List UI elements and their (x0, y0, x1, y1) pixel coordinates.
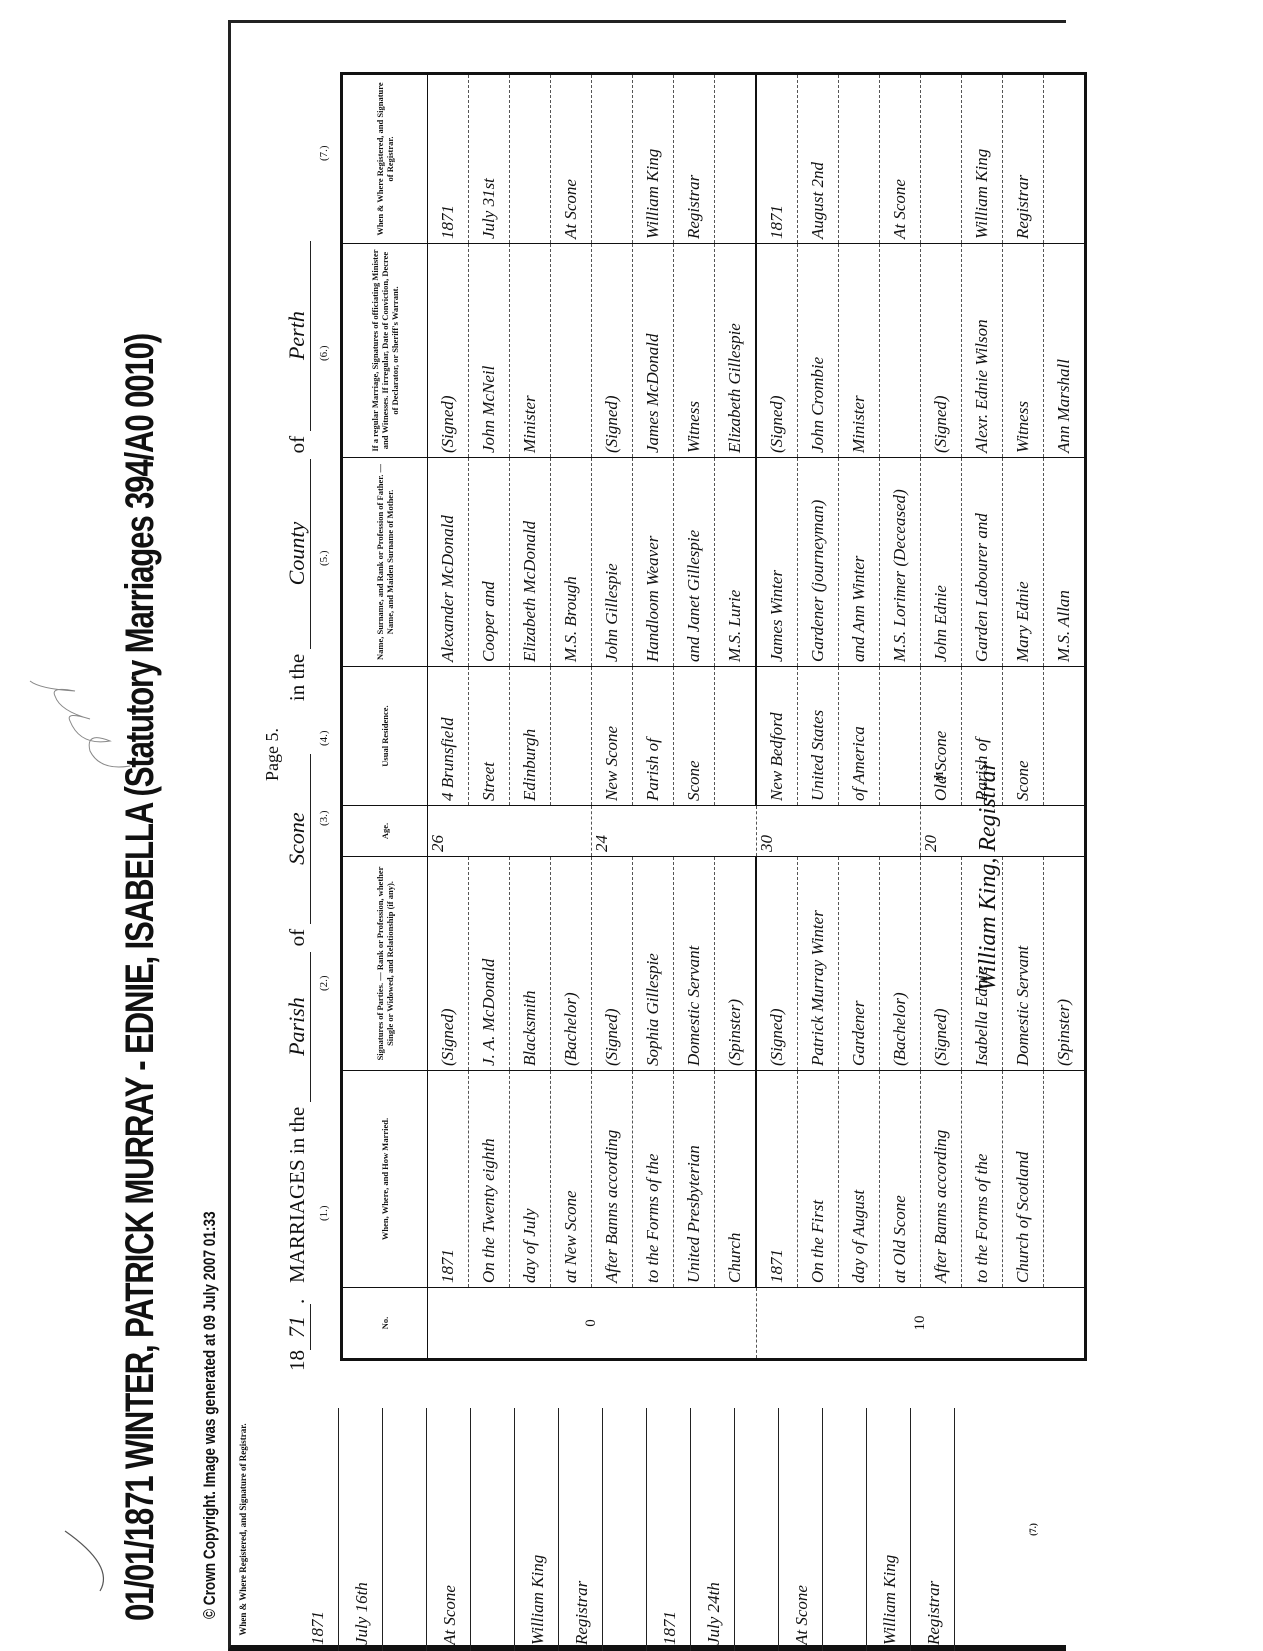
parents-line: M.S. Allan (1044, 458, 1086, 667)
strip-line: July 24th (704, 1582, 724, 1645)
officiant-line: (Signed) (756, 244, 798, 458)
register-heading: 1871. MARRIAGES in the Parish of Scone i… (284, 241, 311, 1371)
residence-line: Scone (674, 667, 715, 806)
when-where-how-line: Church (715, 1071, 757, 1288)
parents-line: and Ann Winter (839, 458, 880, 667)
officiant-line: (Signed) (921, 244, 962, 458)
strip-rule (646, 1408, 647, 1651)
when-where-how-line: Church of Scotland (1003, 1071, 1044, 1288)
party-signature-line: Patrick Murray Winter (798, 857, 839, 1071)
strip-rule (602, 1408, 603, 1651)
residence-line: Parish of (633, 667, 674, 806)
parents-line: Cooper and (469, 458, 510, 667)
registered-line: July 31st (469, 74, 510, 244)
residence-line: Edinburgh (510, 667, 551, 806)
strip-line: 1871 (660, 1611, 680, 1645)
header-signatures: Signatures of Parties. — Rank or Profess… (342, 857, 428, 1071)
registered-line (1044, 74, 1086, 244)
when-where-how-line: On the First (798, 1071, 839, 1288)
parents-line: Elizabeth McDonald (510, 458, 551, 667)
table-row: at New Scone(Bachelor)M.S. BroughAt Scon… (551, 74, 592, 1360)
marriage-register-table: No. When, Where, and How Married. Signat… (340, 72, 1087, 1361)
when-where-how-line: 1871 (756, 1071, 798, 1288)
parents-line: John Gillespie (592, 458, 633, 667)
header-no: No. (342, 1288, 428, 1360)
strip-rule (866, 1408, 867, 1651)
header-residence: Usual Residence. (342, 667, 428, 806)
party-age: 30 (756, 806, 921, 857)
officiant-line: Ann Marshall (1044, 244, 1086, 458)
record-title: 01/01/1871 WINTER, PATRICK MURRAY - EDNI… (118, 334, 163, 1621)
registered-line (715, 74, 757, 244)
when-where-how-line: On the Twenty eighth (469, 1071, 510, 1288)
officiant-line: John Crombie (798, 244, 839, 458)
registered-line: William King (633, 74, 674, 244)
residence-line: Scone (1003, 667, 1044, 806)
officiant-line: Witness (674, 244, 715, 458)
table-row: to the Forms of theIsabella EdnieParish … (962, 74, 1003, 1360)
when-where-how-line: day of August (839, 1071, 880, 1288)
party-signature-line: Sophia Gillespie (633, 857, 674, 1071)
residence-line: 4 Brunsfield (428, 667, 469, 806)
party-age: 24 (592, 806, 757, 857)
strip-rule (734, 1408, 735, 1651)
parish-name: Scone (284, 754, 311, 924)
table-row: On the FirstPatrick Murray WinterUnited … (798, 74, 839, 1360)
residence-line: Street (469, 667, 510, 806)
parents-line: Alexander McDonald (428, 458, 469, 667)
table-row: After Banns according(Signed)20Old Scone… (921, 74, 962, 1360)
header-officiants: If a regular Marriage, Signatures of off… (342, 244, 428, 458)
officiant-line: (Signed) (592, 244, 633, 458)
parents-line: James Winter (756, 458, 798, 667)
entry-number: 10 (756, 1288, 1086, 1360)
residence-line (551, 667, 592, 806)
residence-line: Old Scone (921, 667, 962, 806)
registered-line: Registrar (674, 74, 715, 244)
table-row: 101871(Signed)30New BedfordJames Winter(… (756, 74, 798, 1360)
when-where-how-line (1044, 1071, 1086, 1288)
header-row: No. When, Where, and How Married. Signat… (342, 74, 428, 1360)
year-value: 71 (284, 1304, 311, 1350)
parents-line: M.S. Lorimer (Deceased) (880, 458, 921, 667)
when-where-how-line: After Banns according (921, 1071, 962, 1288)
strip-line: William King (880, 1555, 900, 1645)
table-row: Church(Spinster)M.S. LurieElizabeth Gill… (715, 74, 757, 1360)
when-where-how-line: day of July (510, 1071, 551, 1288)
parents-line: Gardener (journeyman) (798, 458, 839, 667)
parents-line: M.S. Brough (551, 458, 592, 667)
when-where-how-line: 1871 (428, 1071, 469, 1288)
entry-number: 0 (428, 1288, 757, 1360)
footer-mark: M (935, 772, 946, 781)
strip-rule (514, 1408, 515, 1651)
registered-line (839, 74, 880, 244)
party-signature-line: (Bachelor) (551, 857, 592, 1071)
party-signature-line: Gardener (839, 857, 880, 1071)
table-row: After Banns according(Signed)24New Scone… (592, 74, 633, 1360)
residence-line: New Scone (592, 667, 633, 806)
party-signature-line: (Signed) (428, 857, 469, 1071)
party-age: 26 (428, 806, 592, 857)
registered-line: August 2nd (798, 74, 839, 244)
officiant-line: James McDonald (633, 244, 674, 458)
strip-rule (338, 1408, 339, 1651)
table-row: day of AugustGardenerof Americaand Ann W… (839, 74, 880, 1360)
table-row: Church of ScotlandDomestic ServantSconeM… (1003, 74, 1044, 1360)
table-row: United PresbyterianDomestic ServantScone… (674, 74, 715, 1360)
strip-rule (382, 1408, 383, 1651)
copyright-notice: © Crown Copyright. Image was generated a… (200, 1211, 220, 1619)
strip-rule (778, 1408, 779, 1651)
registered-line: William King (962, 74, 1003, 244)
strip-line: July 16th (352, 1582, 372, 1645)
when-where-how-line: After Banns according (592, 1071, 633, 1288)
parents-line: Handloom Weaver (633, 458, 674, 667)
officiant-line: Minister (510, 244, 551, 458)
party-signature-line: J. A. McDonald (469, 857, 510, 1071)
rotated-document: 01/01/1871 WINTER, PATRICK MURRAY - EDNI… (0, 0, 1263, 1651)
residence-line: New Bedford (756, 667, 798, 806)
party-signature-line: (Signed) (921, 857, 962, 1071)
officiant-line: Elizabeth Gillespie (715, 244, 757, 458)
party-signature-line: (Signed) (756, 857, 798, 1071)
officiant-line (880, 244, 921, 458)
header-registered: When & Where Registered, and Signature o… (342, 74, 428, 244)
when-where-how-line: at Old Scone (880, 1071, 921, 1288)
strip-rule (690, 1408, 691, 1651)
registered-line: 1871 (756, 74, 798, 244)
table-row: to the Forms of theSophia GillespieParis… (633, 74, 674, 1360)
when-where-how-line: to the Forms of the (633, 1071, 674, 1288)
strip-line: William King (528, 1555, 548, 1645)
strip-rule (910, 1408, 911, 1651)
strip-column-number: (7.) (1028, 1408, 1058, 1651)
registered-line (592, 74, 633, 244)
party-signature-line: Domestic Servant (1003, 857, 1044, 1071)
header-when-where-how: When, Where, and How Married. (342, 1071, 428, 1288)
table-row: 01871(Signed)264 BrunsfieldAlexander McD… (428, 74, 469, 1360)
table-row: On the Twenty eighthJ. A. McDonaldStreet… (469, 74, 510, 1360)
party-signature-line: (Bachelor) (880, 857, 921, 1071)
registered-line (510, 74, 551, 244)
party-signature-line: (Signed) (592, 857, 633, 1071)
officiant-line: John McNeil (469, 244, 510, 458)
party-signature-line: (Spinster) (715, 857, 757, 1071)
header-age: Age. (342, 806, 428, 857)
registered-line: 1871 (428, 74, 469, 244)
residence-line (880, 667, 921, 806)
county-type: County (284, 459, 311, 649)
strip-header: When & Where Registered, and Signature o… (238, 1408, 268, 1651)
party-signature-line: (Spinster) (1044, 857, 1086, 1071)
strip-rule (558, 1408, 559, 1651)
officiant-line: Witness (1003, 244, 1044, 458)
table-row: at Old Scone(Bachelor)M.S. Lorimer (Dece… (880, 74, 921, 1360)
strip-line: Registrar (924, 1581, 944, 1645)
officiant-line: (Signed) (428, 244, 469, 458)
residence-line: United States (798, 667, 839, 806)
column-numbers: (1.) (2.) (3.) (4.) (5.) (6.) (7.) (318, 31, 338, 1371)
strip-line: At Scone (440, 1585, 460, 1645)
parish-type: Parish (284, 952, 311, 1102)
parents-line: M.S. Lurie (715, 458, 757, 667)
registrar-signature: William King, Registrar (975, 761, 1002, 991)
handwritten-annotation (20, 671, 150, 781)
table-row: day of JulyBlacksmithEdinburghElizabeth … (510, 74, 551, 1360)
table-row: (Spinster)M.S. AllanAnn Marshall (1044, 74, 1086, 1360)
parents-line: Garden Labourer and (962, 458, 1003, 667)
previous-page-strip: (7.) When & Where Registered, and Signat… (238, 1408, 1068, 1651)
strip-line: Registrar (572, 1581, 592, 1645)
when-where-how-line: United Presbyterian (674, 1071, 715, 1288)
header-parents: Name, Surname, and Rank or Profession of… (342, 458, 428, 667)
registered-line: At Scone (880, 74, 921, 244)
when-where-how-line: at New Scone (551, 1071, 592, 1288)
registered-line: At Scone (551, 74, 592, 244)
strip-rule (470, 1408, 471, 1651)
when-where-how-line: to the Forms of the (962, 1071, 1003, 1288)
party-signature-line: Blacksmith (510, 857, 551, 1071)
strip-rule (426, 1408, 427, 1651)
residence-line (1044, 667, 1086, 806)
page-number: Page 5. (262, 728, 283, 781)
parents-line: John Ednie (921, 458, 962, 667)
party-signature-line: Domestic Servant (674, 857, 715, 1071)
parents-line: Mary Ednie (1003, 458, 1044, 667)
residence-line: of America (839, 667, 880, 806)
strip-rule (822, 1408, 823, 1651)
strip-line: 1871 (308, 1611, 328, 1645)
registered-line: Registrar (1003, 74, 1044, 244)
party-age: 20 (921, 806, 1086, 857)
residence-line (715, 667, 757, 806)
officiant-line: Minister (839, 244, 880, 458)
check-mark-annotation (60, 1526, 120, 1596)
strip-line: At Scone (792, 1585, 812, 1645)
registered-line (921, 74, 962, 244)
officiant-line: Alexr. Ednie Wilson (962, 244, 1003, 458)
parents-line: and Janet Gillespie (674, 458, 715, 667)
county-name: Perth (284, 241, 311, 431)
strip-rule (954, 1408, 955, 1651)
officiant-line (551, 244, 592, 458)
